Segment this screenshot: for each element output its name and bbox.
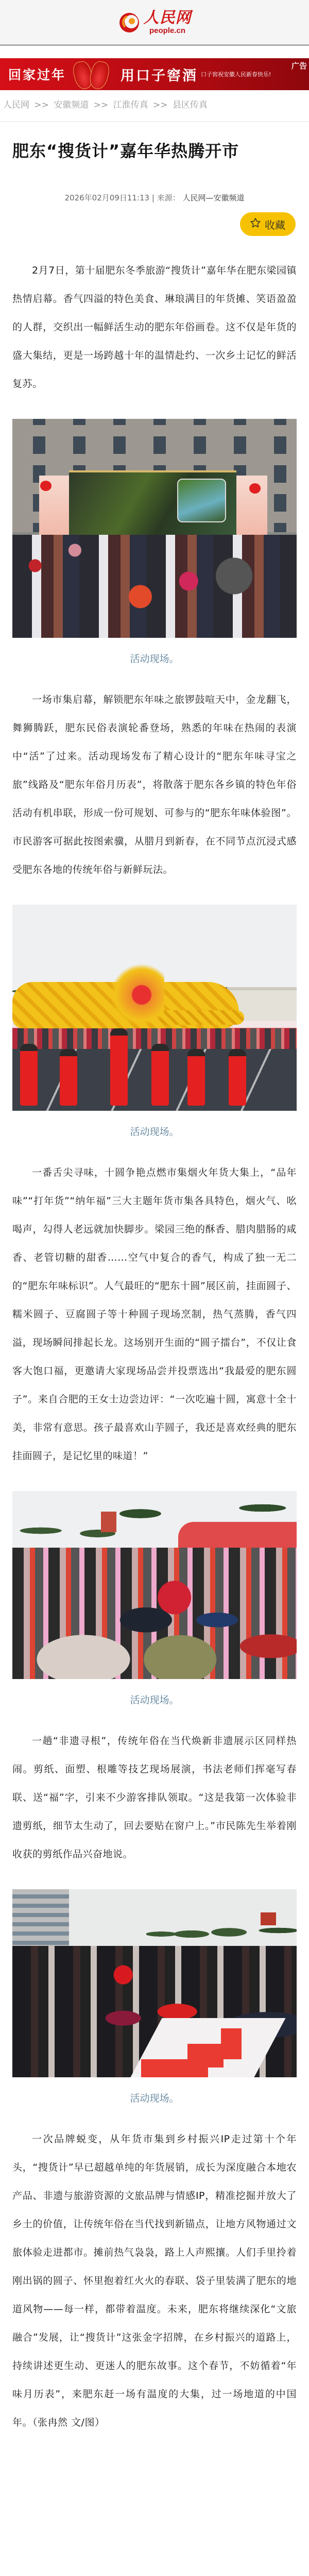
ad-label: 广告 [291,60,307,71]
figure-caption: 活动现场。 [12,651,297,665]
figure-caption: 活动现场。 [12,1124,297,1138]
breadcrumb-separator: >> [34,100,49,110]
figure-caption: 活动现场。 [12,1692,297,1706]
star-outline-icon [249,217,262,231]
article-title: 肥东“搜货计”嘉年华热腾开市 [12,141,297,161]
logo-chinese-text: 人民网 [144,10,192,26]
article-figure: 活动现场。 [12,905,297,1138]
article-paragraph: 一趟“非遗寻根”，传统年俗在当代焕新非遗展示区同样热闹。剪纸、面塑、根雕等技艺现… [12,1727,297,1869]
figure-caption: 活动现场。 [12,2091,297,2105]
breadcrumb-item-county-news[interactable]: 县区传真 [173,100,208,110]
breadcrumb-separator: >> [94,100,109,110]
breadcrumb: 人民网 >> 安徽频道 >> 江淮传真 >> 县区传真 [0,90,309,122]
photo-calligraphy-queue[interactable] [12,1889,297,2077]
article-figure: 活动现场。 [12,419,297,665]
breadcrumb-item-anhui-channel[interactable]: 安徽频道 [54,100,89,110]
photo-stage-ceremony[interactable] [12,419,297,638]
article-paragraph: 一场市集启幕，解锁肥东年味之旅锣鼓喧天中，金龙翻飞，舞狮腾跃，肥东民俗表演轮番登… [12,686,297,884]
site-header: 人民网 people.cn [0,0,309,45]
logo-domain-text: people.cn [149,27,185,35]
article-paragraph: 一次品牌蜕变，从年货市集到乡村振兴IP走过第十个年头，“搜货计”早已超越单纯的年… [12,2125,297,2437]
breadcrumb-item-jianghuai-news[interactable]: 江淮传真 [113,100,148,110]
liquor-bottles-icon [70,58,116,90]
source-name: 人民网—安徽频道 [182,193,244,202]
article-paragraph: 一番舌尖寻味，十圆争艳点燃市集烟火年货大集上，“品年味”“打年货”“纳年福”三大… [12,1159,297,1470]
favorite-button[interactable]: 收藏 [240,212,296,236]
article-figure: 活动现场。 [12,1491,297,1706]
people-logo-icon [118,11,141,34]
ad-banner[interactable]: 回家过年 用口子窖酒 口子窖祝安徽人民新春快乐! 广告 [0,58,309,90]
photo-market-crowd[interactable] [12,1491,297,1679]
favorite-label: 收藏 [265,217,285,232]
article: 肥东“搜货计”嘉年华热腾开市 2026年02月09日11:13 | 来源： 人民… [0,141,309,2437]
publish-datetime: 2026年02月09日11:13 [64,193,149,202]
photo-dragon-dance[interactable] [12,905,297,1111]
source-label: 来源： [157,193,180,202]
article-meta: 2026年02月09日11:13 | 来源： 人民网—安徽频道 [12,192,297,203]
breadcrumb-separator: >> [153,100,168,110]
ad-slogan-brand: 用口子窖酒 [121,64,198,84]
meta-divider: | [152,193,154,202]
article-figure: 活动现场。 [12,1889,297,2105]
breadcrumb-item-home[interactable]: 人民网 [3,100,29,110]
ad-greeting: 口子窖祝安徽人民新春快乐! [201,70,271,78]
article-paragraph: 2月7日，第十届肥东冬季旅游“搜货计”嘉年华在肥东梁园镇热情启幕。香气四溢的特色… [12,257,297,398]
ad-slogan-left: 回家过年 [8,65,66,83]
people-cn-logo[interactable]: 人民网 people.cn [118,10,192,35]
